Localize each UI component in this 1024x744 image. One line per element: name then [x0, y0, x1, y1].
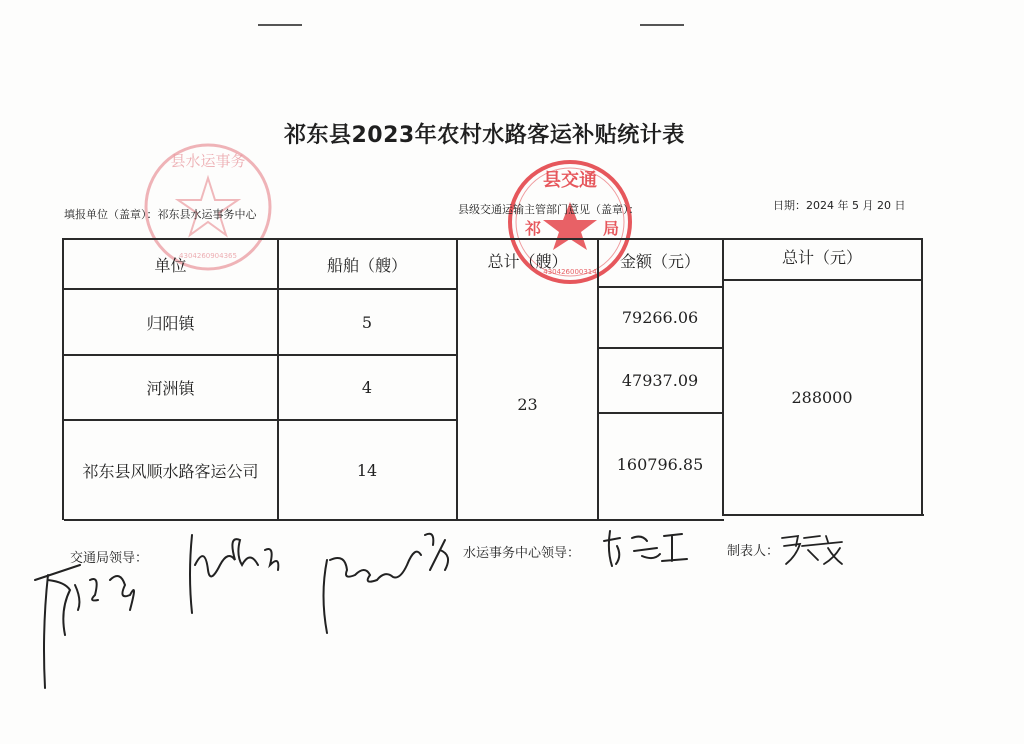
handwritten-signature: [30, 540, 150, 690]
header-unit: 单位: [64, 240, 277, 288]
reporting-unit: 填报单位（盖章）：祁东县水运事务中心: [64, 206, 257, 222]
header-vessels: 船舶（艘）: [278, 240, 456, 288]
table-row-vessels: 14: [278, 421, 456, 519]
table-row-vessels: 5: [278, 290, 456, 354]
svg-text:县水运事务: 县水运事务: [170, 152, 245, 170]
header-total-amount: 总计（元）: [723, 232, 921, 280]
table-row-unit: 归阳镇: [64, 290, 277, 354]
document-title: 祁东县2023年农村水路客运补贴统计表: [284, 118, 704, 149]
header-total-vessels: 总计（艘）: [458, 236, 597, 284]
scan-mark: [258, 24, 302, 26]
total-amount-value: 288000: [723, 281, 921, 514]
report-date: 日期：2024 年 5 月 20 日: [773, 197, 905, 213]
handwritten-signature: [180, 525, 290, 615]
svg-text:县交通: 县交通: [543, 169, 597, 191]
county-dept-opinion: 县级交通运输主管部门意见（盖章）：: [458, 201, 640, 217]
preparer-label: 制表人：: [727, 540, 779, 559]
table-row-amount: 160796.85: [598, 414, 722, 514]
handwritten-signature: [602, 526, 692, 571]
table-row-vessels: 4: [278, 356, 456, 419]
table-row-amount: 79266.06: [598, 288, 722, 347]
water-center-leader-label: 水运事务中心领导：: [463, 542, 580, 561]
handwritten-signature: [315, 525, 465, 635]
table-row-unit: 河洲镇: [64, 356, 277, 419]
header-amount: 金额（元）: [598, 236, 722, 284]
total-vessels-value: 23: [458, 290, 597, 519]
table-row-amount: 47937.09: [598, 349, 722, 412]
scan-mark: [640, 24, 684, 26]
table-row-unit: 祁东县风顺水路客运公司: [64, 421, 277, 519]
preparer-signature: [778, 530, 848, 570]
